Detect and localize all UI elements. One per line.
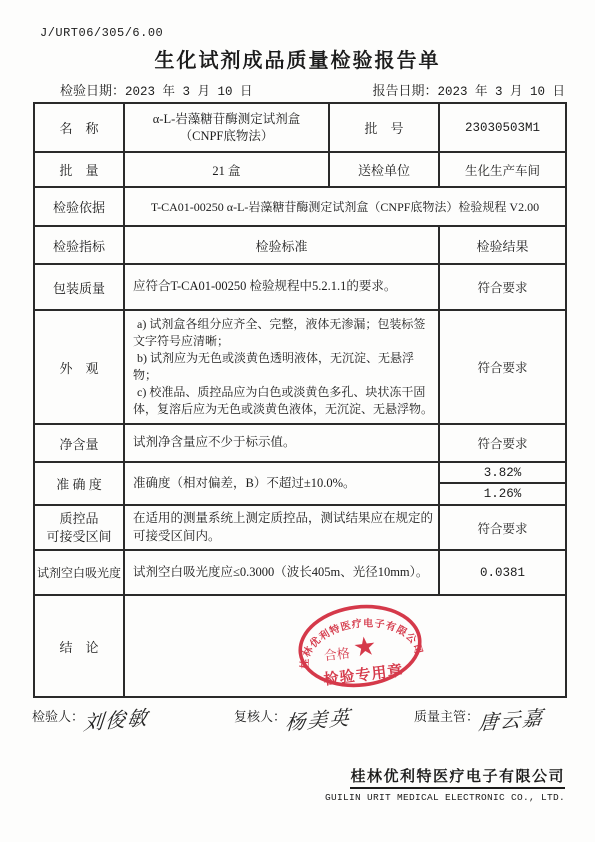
- appearance-standard: a) 试剂盒各组分应齐全、完整，液体无渗漏；包装标签文字符号应清晰； b) 试剂…: [124, 310, 439, 424]
- net-content-label: 净含量: [34, 424, 124, 462]
- reviewer-signature: 复核人：杨美英: [234, 698, 352, 727]
- inspector-label: 检验人：: [32, 709, 84, 724]
- table-row: 外 观 a) 试剂盒各组分应齐全、完整，液体无渗漏；包装标签文字符号应清晰； b…: [34, 310, 566, 424]
- inspection-table: 名 称 α-L-岩藻糖苷酶测定试剂盒 （CNPF底物法） 批 号 2303050…: [33, 102, 567, 698]
- sender-label: 送检单位: [329, 152, 439, 187]
- table-header-row: 检验指标 检验标准 检验结果: [34, 226, 566, 264]
- basis-value: T-CA01-00250 α-L-岩藻糖苷酶测定试剂盒（CNPF底物法）检验规程…: [124, 187, 566, 226]
- basis-label: 检验依据: [34, 187, 124, 226]
- manager-signature-handwriting: 唐云嘉: [477, 701, 545, 736]
- name-value-line1: α-L-岩藻糖苷酶测定试剂盒: [130, 111, 323, 128]
- qc-range-result: 符合要求: [439, 505, 566, 550]
- footer-company-en: GUILIN URIT MEDICAL ELECTRONIC CO., LTD.: [325, 792, 565, 803]
- table-row: 批 量 21 盒 送检单位 生化生产车间: [34, 152, 566, 187]
- inspect-date-value: 2023 年 3 月 10 日: [125, 85, 253, 99]
- appearance-item-b: b) 试剂应为无色或淡黄色透明液体，无沉淀、无悬浮物；: [133, 350, 433, 384]
- report-page: J/URT06/305/6.00 生化试剂成品质量检验报告单 检验日期：2023…: [0, 0, 595, 842]
- sender-value: 生化生产车间: [439, 152, 566, 187]
- stamp-star-icon: ★: [351, 631, 378, 663]
- company-footer: 桂林优利特医疗电子有限公司 GUILIN URIT MEDICAL ELECTR…: [325, 765, 565, 803]
- reviewer-signature-handwriting: 杨美英: [284, 701, 352, 736]
- qc-range-label: 质控品 可接受区间: [34, 505, 124, 550]
- net-content-standard: 试剂净含量应不少于标示值。: [124, 424, 439, 462]
- accuracy-label: 准 确 度: [34, 462, 124, 505]
- lot-value: 23030503M1: [439, 103, 566, 152]
- batch-label: 批 量: [34, 152, 124, 187]
- page-title: 生化试剂成品质量检验报告单: [0, 44, 595, 73]
- appearance-item-c: c) 校准品、质控品应为白色或淡黄色多孔、块状冻干固体，复溶后应为无色或淡黄色液…: [133, 384, 433, 418]
- table-row: 包装质量 应符合T-CA01-00250 检验规程中5.2.1.1的要求。 符合…: [34, 264, 566, 310]
- table-row: 试剂空白吸光度 试剂空白吸光度应≤0.3000（波长405m、光径10mm）。 …: [34, 550, 566, 595]
- appearance-item-a: a) 试剂盒各组分应齐全、完整，液体无渗漏；包装标签文字符号应清晰；: [133, 316, 433, 350]
- inspector-signature: 检验人：刘俊敏: [32, 698, 150, 727]
- name-label: 名 称: [34, 103, 124, 152]
- col-indicator: 检验指标: [34, 226, 124, 264]
- col-standard: 检验标准: [124, 226, 439, 264]
- accuracy-standard: 准确度（相对偏差，B）不超过±10.0%。: [124, 462, 439, 505]
- blank-abs-label: 试剂空白吸光度: [34, 550, 124, 595]
- stamp-container: 桂林优利特医疗电子有限公司 合格 ★ 检验专用章: [130, 598, 560, 694]
- reviewer-label: 复核人：: [234, 709, 286, 724]
- table-row: 质控品 可接受区间 在适用的测量系统上测定质控品，测试结果应在规定的可接受区间内…: [34, 505, 566, 550]
- signature-row: 检验人：刘俊敏 复核人：杨美英 质量主管：唐云嘉: [32, 698, 572, 753]
- report-date-value: 2023 年 3 月 10 日: [437, 85, 565, 99]
- accuracy-result-1: 3.82%: [439, 462, 566, 483]
- conclusion-label: 结 论: [34, 595, 124, 697]
- net-content-result: 符合要求: [439, 424, 566, 462]
- blank-abs-result: 0.0381: [439, 550, 566, 595]
- accuracy-result-2: 1.26%: [439, 483, 566, 505]
- packaging-result: 符合要求: [439, 264, 566, 310]
- manager-signature: 质量主管：唐云嘉: [414, 698, 545, 727]
- qc-range-standard: 在适用的测量系统上测定质控品，测试结果应在规定的可接受区间内。: [124, 505, 439, 550]
- inspector-signature-handwriting: 刘俊敏: [82, 701, 150, 736]
- report-date-label: 报告日期：: [372, 83, 437, 98]
- table-row: 净含量 试剂净含量应不少于标示值。 符合要求: [34, 424, 566, 462]
- appearance-result: 符合要求: [439, 310, 566, 424]
- col-result: 检验结果: [439, 226, 566, 264]
- qc-range-label-line1: 质控品: [40, 510, 118, 528]
- name-value-line2: （CNPF底物法）: [130, 128, 323, 145]
- company-seal-stamp: 桂林优利特医疗电子有限公司 合格 ★ 检验专用章: [280, 595, 441, 697]
- packaging-label: 包装质量: [34, 264, 124, 310]
- inspect-date-label: 检验日期：: [60, 83, 125, 98]
- manager-label: 质量主管：: [414, 709, 479, 724]
- qc-range-label-line2: 可接受区间: [40, 528, 118, 546]
- table-row: 检验依据 T-CA01-00250 α-L-岩藻糖苷酶测定试剂盒（CNPF底物法…: [34, 187, 566, 226]
- table-row: 结 论 桂林优利特医疗电子有限公司 合格 ★ 检验专用章: [34, 595, 566, 697]
- batch-value: 21 盒: [124, 152, 329, 187]
- appearance-label: 外 观: [34, 310, 124, 424]
- blank-abs-standard: 试剂空白吸光度应≤0.3000（波长405m、光径10mm）。: [124, 550, 439, 595]
- report-date: 报告日期：2023 年 3 月 10 日: [372, 80, 565, 99]
- document-code: J/URT06/305/6.00: [40, 26, 163, 40]
- table-row: 名 称 α-L-岩藻糖苷酶测定试剂盒 （CNPF底物法） 批 号 2303050…: [34, 103, 566, 152]
- lot-label: 批 号: [329, 103, 439, 152]
- stamp-qualified-text: 合格: [323, 645, 351, 663]
- name-value: α-L-岩藻糖苷酶测定试剂盒 （CNPF底物法）: [124, 103, 329, 152]
- conclusion-cell: 桂林优利特医疗电子有限公司 合格 ★ 检验专用章: [124, 595, 566, 697]
- table-row: 准 确 度 准确度（相对偏差，B）不超过±10.0%。 3.82%: [34, 462, 566, 483]
- footer-company-cn: 桂林优利特医疗电子有限公司: [350, 765, 565, 789]
- date-row: 检验日期：2023 年 3 月 10 日 报告日期：2023 年 3 月 10 …: [33, 80, 565, 99]
- inspect-date: 检验日期：2023 年 3 月 10 日: [33, 80, 253, 99]
- packaging-standard: 应符合T-CA01-00250 检验规程中5.2.1.1的要求。: [124, 264, 439, 310]
